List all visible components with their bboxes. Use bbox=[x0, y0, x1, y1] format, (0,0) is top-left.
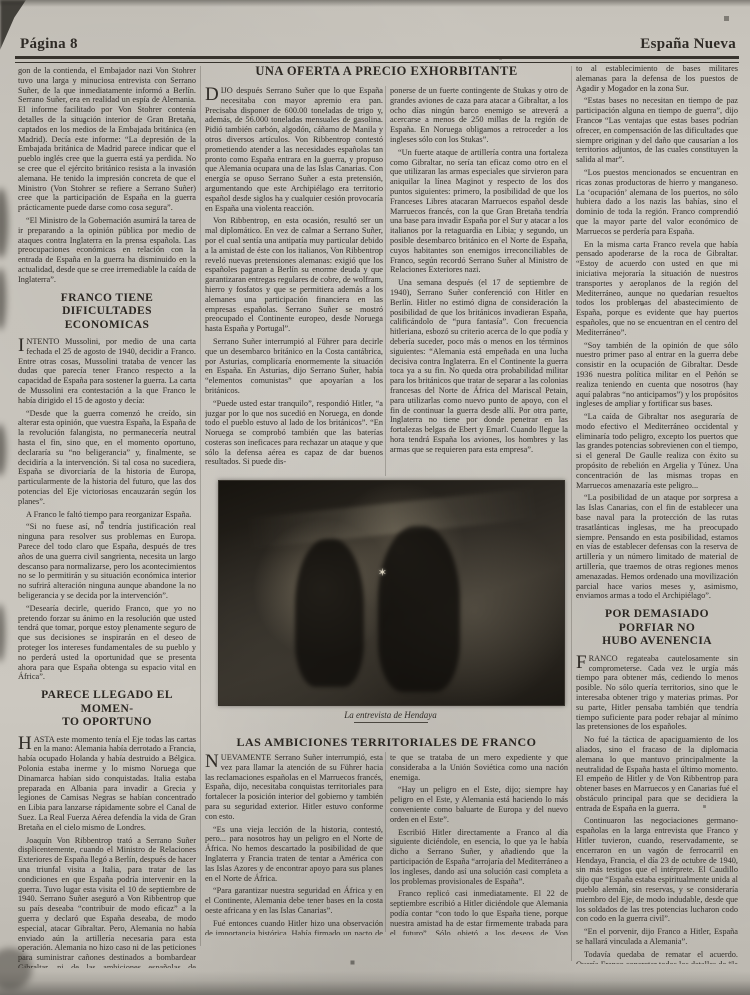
paragraph: Escribió Hitler directamente a Franco al… bbox=[390, 828, 568, 887]
paragraph: “Desde que la guerra comenzó he creído, … bbox=[18, 409, 196, 507]
paragraph: “En el porvenir, dijo Franco a Hitler, E… bbox=[576, 927, 738, 947]
scan-smudge bbox=[0, 268, 6, 330]
masthead-title: España Nueva bbox=[640, 36, 736, 53]
paragraph: DIJO después Serrano Suñer que lo que Es… bbox=[205, 86, 383, 213]
paragraph: NUEVAMENTE Serrano Suñer interrumpió, es… bbox=[205, 753, 383, 822]
paragraph: “Puede usted estar tranquilo”, respondió… bbox=[205, 399, 383, 468]
paragraph: Continuaron las negociaciones germano-es… bbox=[576, 816, 738, 924]
paragraph: “Para garantizar nuestra seguridad en Áf… bbox=[205, 886, 383, 915]
photo-star-detail: ✶ bbox=[378, 566, 387, 579]
paragraph: “El Ministro de la Gobernación asumirá l… bbox=[18, 216, 196, 285]
scan-edge-top bbox=[0, 0, 750, 7]
paragraph: “Un fuerte ataque de artillería contra u… bbox=[390, 148, 568, 275]
column-rule bbox=[385, 86, 386, 476]
center-column-2: ponerse de un fuerte contingente de Stuk… bbox=[390, 86, 568, 476]
left-column: gon de la contienda, el Embajador nazi V… bbox=[18, 66, 196, 968]
paragraph: to al establecimiento de bases militares… bbox=[576, 64, 738, 93]
center-column-3: NUEVAMENTE Serrano Suñer interrumpió, es… bbox=[205, 753, 383, 935]
paragraph: gon de la contienda, el Embajador nazi V… bbox=[18, 66, 196, 213]
photo-caption: La entrevista de Hendaya bbox=[218, 710, 563, 723]
hendaye-photo: ✶ bbox=[218, 480, 565, 706]
paragraph: “Estas bases no necesitan en tiempo de p… bbox=[576, 96, 738, 165]
paragraph: “La posibilidad de un ataque por sorpres… bbox=[576, 493, 738, 601]
paragraph: HASTA este momento tenía el Eje todas la… bbox=[18, 735, 196, 833]
right-column: to al establecimiento de bases militares… bbox=[576, 64, 738, 964]
paragraph: A Franco le faltó tiempo para reorganiza… bbox=[18, 510, 196, 520]
scan-smudge bbox=[0, 188, 8, 258]
column-rule bbox=[200, 66, 201, 946]
paragraph: En la misma carta Franco revela que habí… bbox=[576, 240, 738, 338]
paragraph: Franco replicó casi inmediatamente. El 2… bbox=[390, 889, 568, 935]
paragraph: Todavía quedaba de rematar el acuerdo. Q… bbox=[576, 950, 738, 964]
scan-edge-bottom bbox=[0, 971, 750, 995]
headline-momento-oportuno: PARECE LLEGADO EL MOMEN- TO OPORTUNO bbox=[18, 689, 196, 730]
photo-figure-silhouette bbox=[295, 539, 364, 687]
photo-figure-silhouette bbox=[378, 526, 461, 692]
scan-smudge bbox=[0, 604, 5, 662]
column-rule bbox=[571, 66, 572, 961]
header-rule bbox=[15, 56, 739, 63]
headline-una-oferta: UNA OFERTA A PRECIO EXHORBITANTE bbox=[205, 64, 568, 79]
paragraph: “Si no fuese así, no tendría justificaci… bbox=[18, 522, 196, 600]
headline-no-hubo-avenencia: POR DEMASIADO PORFIAR NO HUBO AVENENCIA bbox=[576, 608, 738, 649]
paragraph: Fué entonces cuando Hitler hizo una obse… bbox=[205, 919, 383, 935]
paragraph: te que se trataba de un mero expediente … bbox=[390, 753, 568, 782]
page-number-label: Página 8 bbox=[20, 36, 78, 53]
paragraph: “Es una vieja lección de la historia, co… bbox=[205, 825, 383, 884]
column-rule bbox=[385, 752, 386, 932]
center-column-1: DIJO después Serrano Suñer que lo que Es… bbox=[205, 86, 383, 476]
paragraph: “Los puestos mencionados se encuentran e… bbox=[576, 168, 738, 237]
paragraph: “Hay un peligro en el Este, dijo; siempr… bbox=[390, 785, 568, 824]
paragraph: ponerse de un fuerte contingente de Stuk… bbox=[390, 86, 568, 145]
headline-franco-dificultades: FRANCO TIENE DIFICULTADES ECONOMICAS bbox=[18, 292, 196, 333]
scan-smudge bbox=[0, 424, 6, 476]
paragraph: INTENTO Mussolini, por medio de una cart… bbox=[18, 337, 196, 406]
paragraph: Von Ribbentrop, en esta ocasión, resultó… bbox=[205, 216, 383, 334]
paragraph: No fué la táctica de apaciguamiento de l… bbox=[576, 735, 738, 813]
paragraph: “Soy también de la opinión de que sólo n… bbox=[576, 341, 738, 410]
paragraph: “La caída de Gibraltar nos aseguraría de… bbox=[576, 412, 738, 490]
paragraph: Serrano Suñer interrumpió al Führer para… bbox=[205, 337, 383, 396]
newspaper-page: Página 8 España Nueva gon de la contiend… bbox=[0, 0, 750, 995]
scan-speckles bbox=[0, 0, 1, 1]
center-column-4: te que se trataba de un mero expediente … bbox=[390, 753, 568, 935]
headline-ambiciones-territoriales: LAS AMBICIONES TERRITORIALES DE FRANCO bbox=[205, 735, 568, 750]
paragraph: FRANCO regateaba cautelosamente sin comp… bbox=[576, 654, 738, 732]
paragraph: “Desearía decirle, querido Franco, que y… bbox=[18, 604, 196, 682]
paragraph: Una semana después (el 17 de septiembre … bbox=[390, 278, 568, 454]
paragraph: Joaquín Von Ribbentrop trató a Serrano S… bbox=[18, 836, 196, 968]
